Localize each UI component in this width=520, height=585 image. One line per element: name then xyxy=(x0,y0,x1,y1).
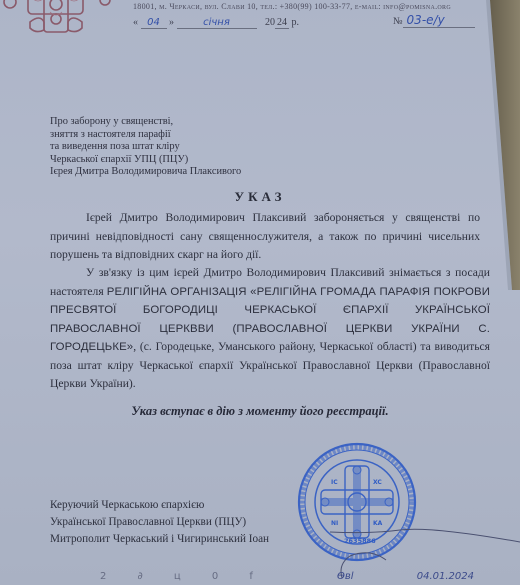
number-value: 03-е/у xyxy=(407,13,445,27)
ornamental-cross-logo-icon xyxy=(0,0,120,37)
stamp-letters-xc: XC xyxy=(373,479,382,486)
paragraph-removal: У зв'язку із цим ієрей Дмитро Володимиро… xyxy=(50,264,490,394)
subject-line: зняття з настоятеля парафії xyxy=(50,129,241,142)
number-field: 03-е/у xyxy=(403,13,475,28)
letterhead-contact: 18001, м. Черкаси, вул. Слави 10, тел.: … xyxy=(133,2,451,11)
handwritten-initials: Ѳвl xyxy=(337,571,354,582)
subject-line: та виведення поза штат кліру xyxy=(50,141,241,154)
date-year-suffix: 24 xyxy=(275,17,289,29)
date-day: 04 xyxy=(147,17,160,28)
handwritten-date: 04.01.2024 xyxy=(417,571,474,582)
subject-block: Про заборону у священстві, зняття з наст… xyxy=(50,116,241,179)
signatory-line: Керуючий Черкаською єпархією xyxy=(50,497,269,514)
document-number: №03-е/у xyxy=(393,13,475,28)
paragraph-text: Ієрей Дмитро Володимирович Плаксивий заб… xyxy=(50,209,480,265)
paragraph-prohibition: Ієрей Дмитро Володимирович Плаксивий заб… xyxy=(50,209,480,265)
subject-line: Черкаської єпархії УПЦ (ПЦУ) xyxy=(50,154,241,167)
effective-note: Указ вступає в дію з моменту його реєстр… xyxy=(0,404,520,419)
subject-line: Про заборону у священстві, xyxy=(50,116,241,129)
date-month-field: січня xyxy=(177,17,257,29)
document-date: « 04 » січня 2024 р. xyxy=(133,17,299,29)
number-label: № xyxy=(393,16,403,27)
handwritten-footer: 2 ∂ ц 0 f Ѳвl 04.01.2024 xyxy=(0,571,520,585)
signatory-line: Української Православної Церкви (ПЦУ) xyxy=(50,514,269,531)
date-day-field: 04 xyxy=(141,17,167,29)
date-year-mark: р. xyxy=(292,17,300,28)
handwritten-footer-left: 2 ∂ ц 0 f xyxy=(100,571,267,582)
subject-line: Ієрея Дмитра Володимировича Плаксивого xyxy=(50,166,241,179)
document-title: УКАЗ xyxy=(0,189,520,205)
handwritten-footer-right: Ѳвl 04.01.2024 xyxy=(337,571,474,582)
signature-block: Керуючий Черкаською єпархією Української… xyxy=(50,497,269,548)
stamp-letters-ic: IC xyxy=(331,479,338,486)
date-close-quote: » xyxy=(169,17,174,28)
date-open-quote: « xyxy=(133,17,138,28)
date-year-prefix: 20 xyxy=(265,17,275,28)
signatory-line: Митрополит Черкаський і Чигиринський Іоа… xyxy=(50,531,269,548)
date-month: січня xyxy=(203,17,230,28)
